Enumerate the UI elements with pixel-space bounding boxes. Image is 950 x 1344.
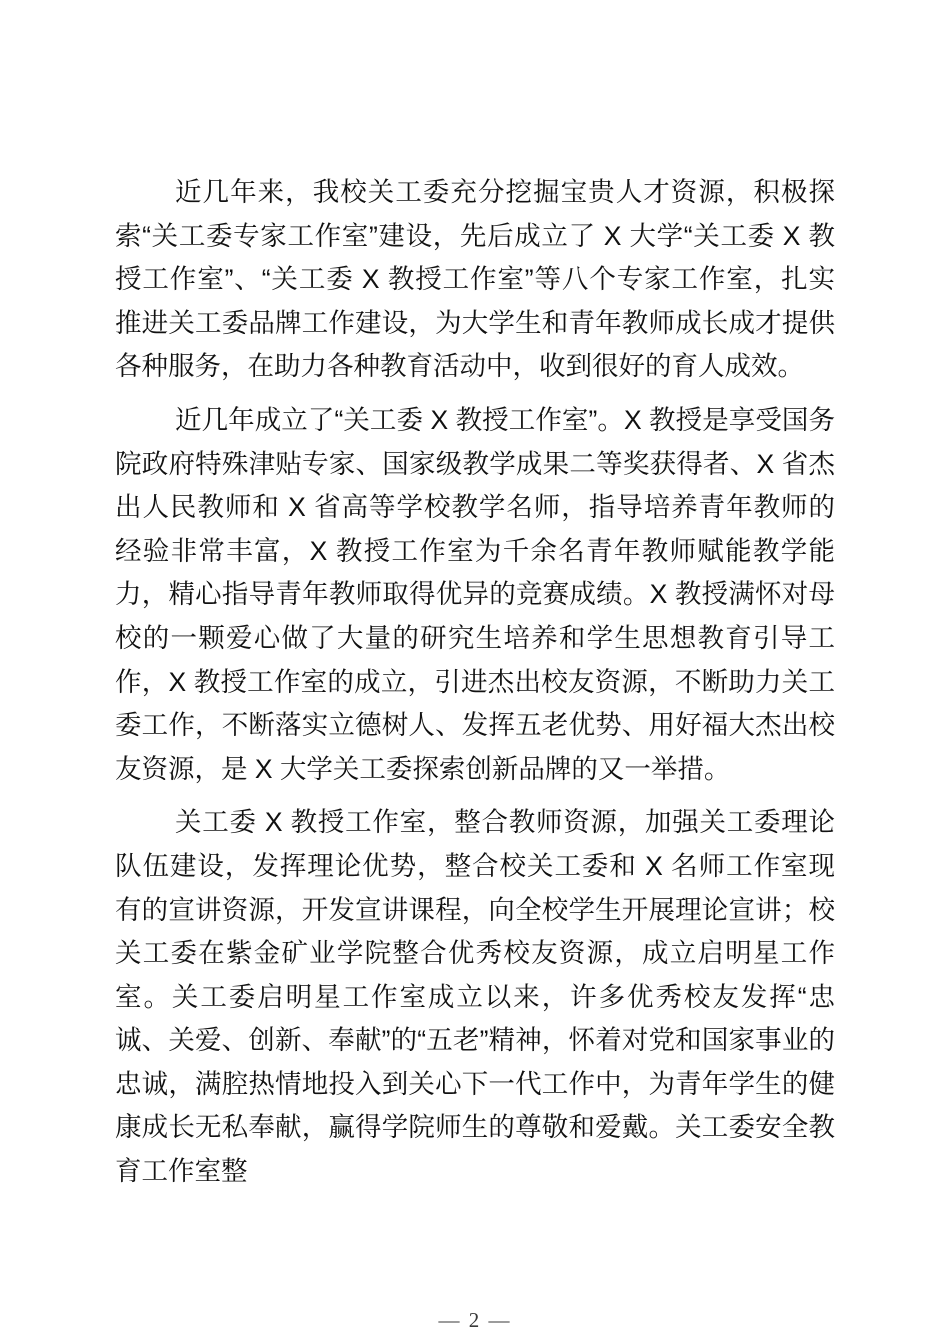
- page-number: — 2 —: [439, 1308, 512, 1332]
- paragraph-3: 关工委 X 教授工作室，整合教师资源，加强关工委理论队伍建设，发挥理论优势，整合…: [115, 801, 835, 1193]
- page-footer: — 2 —: [0, 1308, 950, 1333]
- document-body: 近几年来，我校关工委充分挖掘宝贵人才资源，积极探索“关工委专家工作室”建设，先后…: [115, 171, 835, 1194]
- document-page: 近几年来，我校关工委充分挖掘宝贵人才资源，积极探索“关工委专家工作室”建设，先后…: [0, 0, 950, 1344]
- paragraph-2: 近几年成立了“关工委 X 教授工作室”。X 教授是享受国务院政府特殊津贴专家、国…: [115, 399, 835, 791]
- paragraph-1: 近几年来，我校关工委充分挖掘宝贵人才资源，积极探索“关工委专家工作室”建设，先后…: [115, 171, 835, 389]
